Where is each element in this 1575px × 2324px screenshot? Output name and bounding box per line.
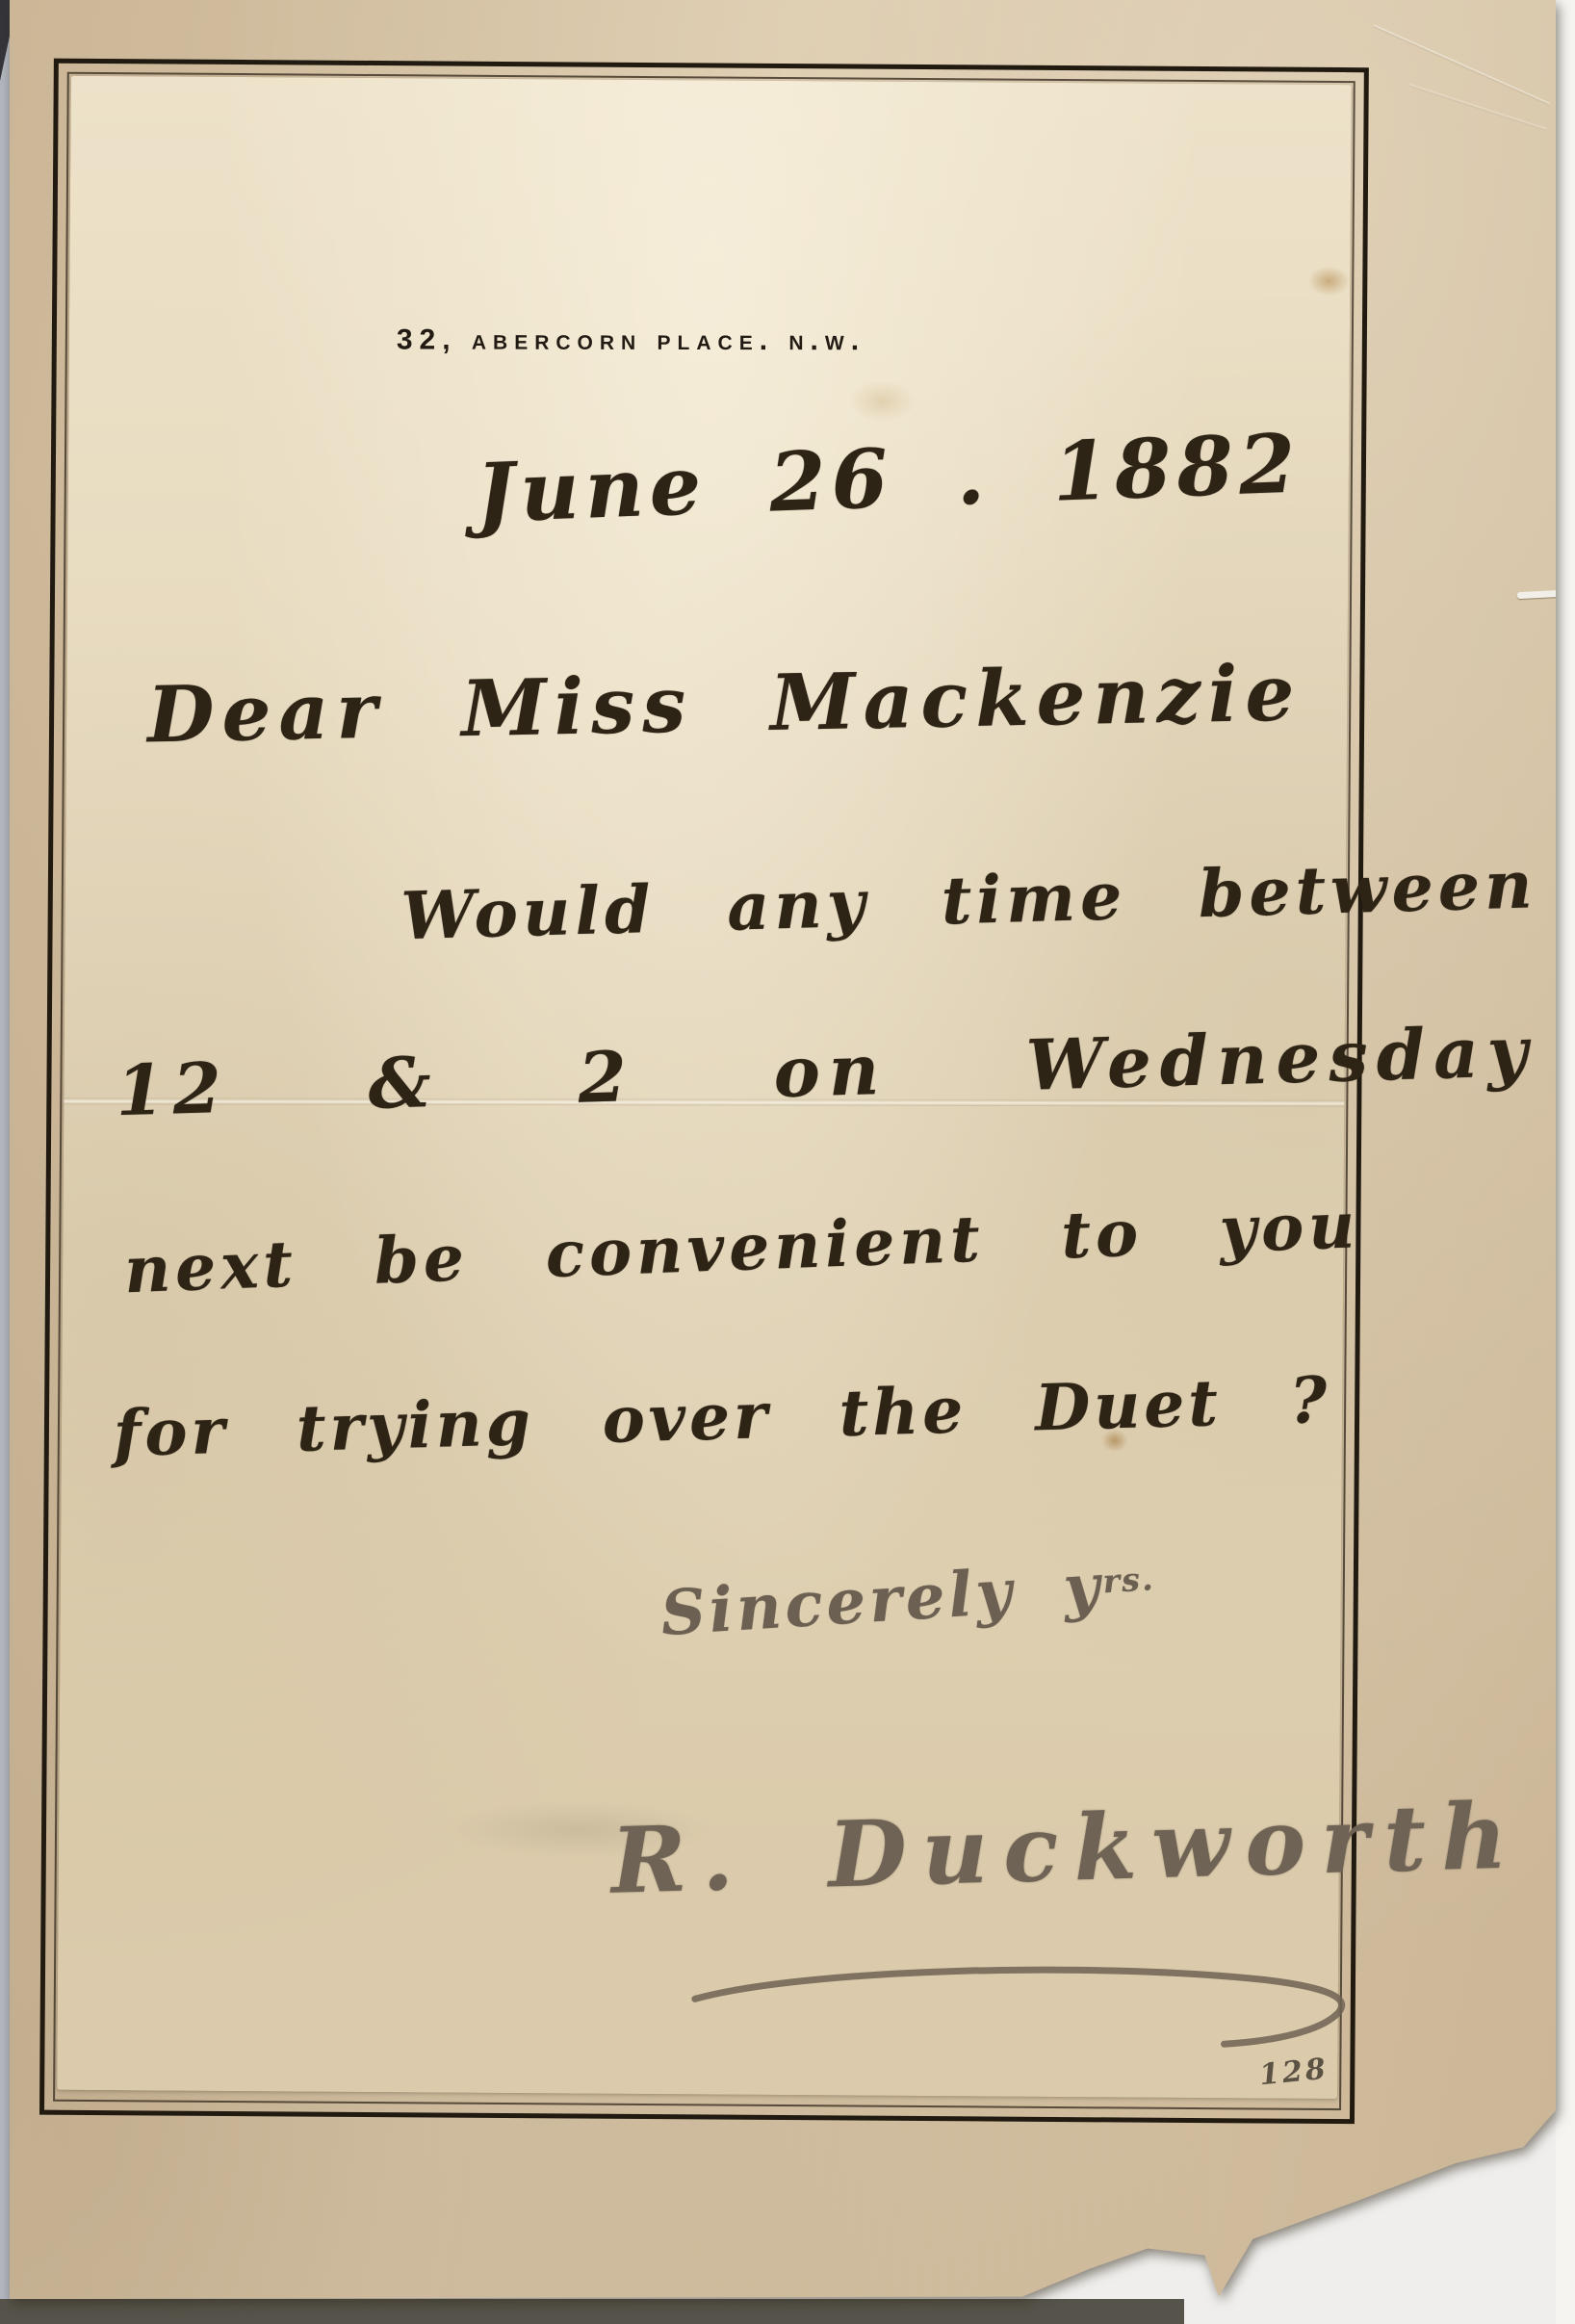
paper-stain xyxy=(848,379,916,422)
album-page: 32, Abercorn Place. N.W. June 26 . 1882 … xyxy=(10,0,1556,2299)
closing-superscript: rs. xyxy=(1101,1560,1155,1600)
paper-stain xyxy=(1307,266,1350,297)
letter-sheet: 32, Abercorn Place. N.W. June 26 . 1882 … xyxy=(57,76,1352,2099)
signature-flourish xyxy=(687,1939,1381,2050)
salutation-line: Dear Miss Mackenzie xyxy=(146,647,1303,760)
closing-text: Sincerely y xyxy=(658,1550,1105,1650)
date-line: June 26 . 1882 xyxy=(475,415,1303,540)
page-number-pencil: 128 xyxy=(1258,2053,1330,2093)
handwriting-line: next be convenient to you xyxy=(123,1187,1361,1307)
handwriting-line: 12 & 2 on Wednesday xyxy=(115,1010,1536,1131)
handwriting-line: Would any time between xyxy=(400,846,1538,955)
printed-letterhead: 32, Abercorn Place. N.W. xyxy=(397,323,865,357)
scanned-letter-page: 32, Abercorn Place. N.W. June 26 . 1882 … xyxy=(0,0,1575,2324)
signature-handwritten: R. Duckworth xyxy=(609,1783,1523,1914)
handwriting-line: for trying over the Duet ? xyxy=(113,1362,1332,1471)
album-page-shadow: 32, Abercorn Place. N.W. June 26 . 1882 … xyxy=(0,0,1575,2324)
closing-line: Sincerely yrs. xyxy=(658,1547,1157,1650)
skewed-content-group: 32, Abercorn Place. N.W. June 26 . 1882 … xyxy=(2,0,1564,2305)
